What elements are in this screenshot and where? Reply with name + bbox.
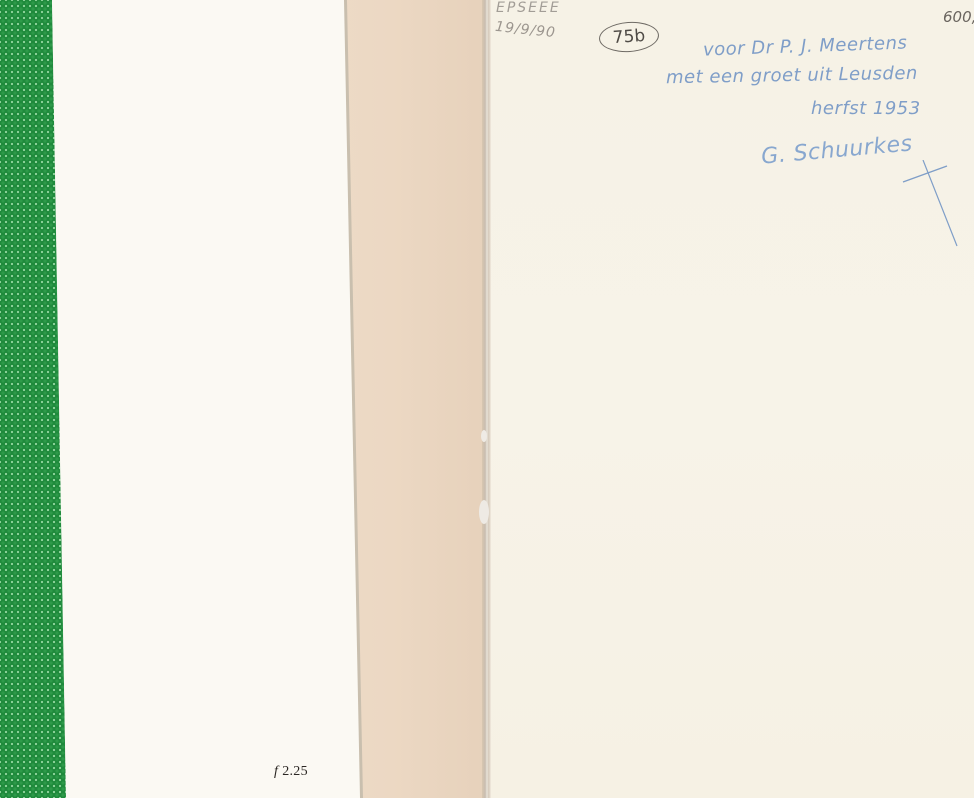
currency-symbol: f (274, 764, 278, 779)
book-gutter (482, 0, 491, 798)
book-scan: f2.25 EPSEEE 19/9/90 75b 600,- voor Dr P… (0, 0, 974, 798)
inscription-line-2: met een groet uit Leusden (666, 63, 918, 88)
inscription-signature: G. Schuurkes (760, 131, 913, 169)
flyleaf-page: EPSEEE 19/9/90 75b 600,- voor Dr P. J. M… (491, 0, 974, 798)
inscription-line-3: herfst 1953 (811, 98, 921, 119)
signature-flourish-icon (901, 160, 961, 250)
pencil-circled-number: 75b (598, 20, 660, 54)
price-amount: 2.25 (282, 764, 308, 779)
printed-price: f2.25 (274, 764, 308, 780)
paper-tear-mark (481, 430, 487, 442)
inscription-line-1: voor Dr P. J. Meertens (703, 32, 908, 60)
pencil-dealer-code: EPSEEE (496, 0, 561, 16)
pencil-date: 19/9/90 (494, 19, 556, 41)
pencil-price: 600,- (943, 8, 974, 26)
paper-tear-mark (479, 500, 489, 524)
